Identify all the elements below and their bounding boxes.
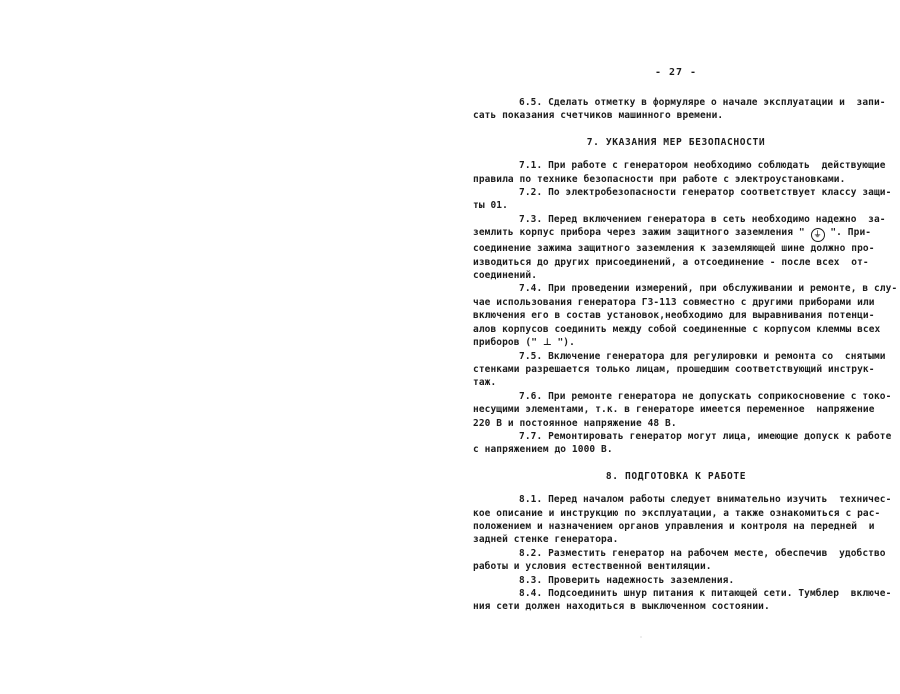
text-line: стенками разрешается только лицам, проше…	[473, 363, 879, 376]
text-line: задней стенке генератора.	[473, 533, 879, 546]
earth-ground-symbol-icon: ⏚	[811, 228, 825, 242]
text-line: соединений.	[473, 269, 879, 282]
text-line: изводиться до других присоединений, а от…	[473, 256, 879, 269]
text-line: 8.4. Подсоединить шнур питания к питающе…	[473, 587, 879, 600]
item-7-7: 7.7. Ремонтировать генератор могут лица,…	[473, 430, 879, 457]
text-line: несущими элементами, т.к. в генераторе и…	[473, 403, 879, 416]
text-line: землить корпус прибора через зажим защит…	[473, 226, 879, 242]
item-8-3: 8.3. Проверить надежность заземления.	[473, 574, 879, 587]
item-7-3: 7.3. Перед включением генератора в сеть …	[473, 213, 879, 283]
page-number: - 27 -	[473, 66, 879, 79]
text-line: 7.2. По электробезопасности генератор со…	[473, 186, 879, 199]
item-8-2: 8.2. Разместить генератор на рабочем мес…	[473, 547, 879, 574]
text-line: ния сети должен находиться в выключенном…	[473, 600, 879, 613]
item-7-2: 7.2. По электробезопасности генератор со…	[473, 186, 879, 213]
scan-speck	[760, 170, 762, 172]
item-7-4: 7.4. При проведении измерений, при обслу…	[473, 282, 879, 349]
text-line: 7.3. Перед включением генератора в сеть …	[473, 213, 879, 226]
text-line: 7.5. Включение генератора для регулировк…	[473, 350, 879, 363]
text-line: 7.1. При работе с генератором необходимо…	[473, 159, 879, 172]
text-line: включения его в состав установок,необход…	[473, 309, 879, 322]
text-line: 6.5. Сделать отметку в формуляре о начал…	[473, 96, 879, 109]
text-line: 8.3. Проверить надежность заземления.	[473, 574, 879, 587]
text-line: 220 В и постоянное напряжение 48 В.	[473, 417, 879, 430]
text-line: работы и условия естественной вентиляции…	[473, 560, 879, 573]
text-line: 7.4. При проведении измерений, при обслу…	[473, 282, 879, 295]
text-line: алов корпусов соединить между собой соед…	[473, 323, 879, 336]
text-line: чае использования генератора ГЗ-113 совм…	[473, 296, 879, 309]
text-line: приборов (" ⊥ ").	[473, 336, 879, 349]
scanned-document-page: - 27 - 6.5. Сделать отметку в формуляре …	[0, 0, 900, 694]
item-7-6: 7.6. При ремонте генератора не допускать…	[473, 390, 879, 430]
text-line: таж.	[473, 376, 879, 389]
text-line: 8.1. Перед началом работы следует внимат…	[473, 493, 879, 506]
text-line: соединение зажима защитного заземления к…	[473, 242, 879, 255]
text-line: с напряжением до 1000 В.	[473, 443, 879, 456]
item-6-5: 6.5. Сделать отметку в формуляре о начал…	[473, 96, 879, 123]
section-8-heading: 8. ПОДГОТОВКА К РАБОТЕ	[473, 470, 879, 483]
scan-speck	[640, 636, 642, 638]
text-line: 7.7. Ремонтировать генератор могут лица,…	[473, 430, 879, 443]
text-line: сать показания счетчиков машинного време…	[473, 109, 879, 122]
item-8-4: 8.4. Подсоединить шнур питания к питающе…	[473, 587, 879, 614]
text-line: кое описание и инструкцию по эксплуатаци…	[473, 507, 879, 520]
item-7-5: 7.5. Включение генератора для регулировк…	[473, 350, 879, 390]
chassis-ground-symbol-icon: ⊥	[543, 337, 552, 348]
text-line: 7.6. При ремонте генератора не допускать…	[473, 390, 879, 403]
text-line: ты 01.	[473, 199, 879, 212]
text-line: правила по технике безопасности при рабо…	[473, 173, 879, 186]
text-line: 8.2. Разместить генератор на рабочем мес…	[473, 547, 879, 560]
section-7-heading: 7. УКАЗАНИЯ МЕР БЕЗОПАСНОСТИ	[473, 136, 879, 149]
text-column: - 27 - 6.5. Сделать отметку в формуляре …	[473, 66, 879, 614]
item-7-1: 7.1. При работе с генератором необходимо…	[473, 159, 879, 186]
text-line: положением и назначением органов управле…	[473, 520, 879, 533]
item-8-1: 8.1. Перед началом работы следует внимат…	[473, 493, 879, 547]
